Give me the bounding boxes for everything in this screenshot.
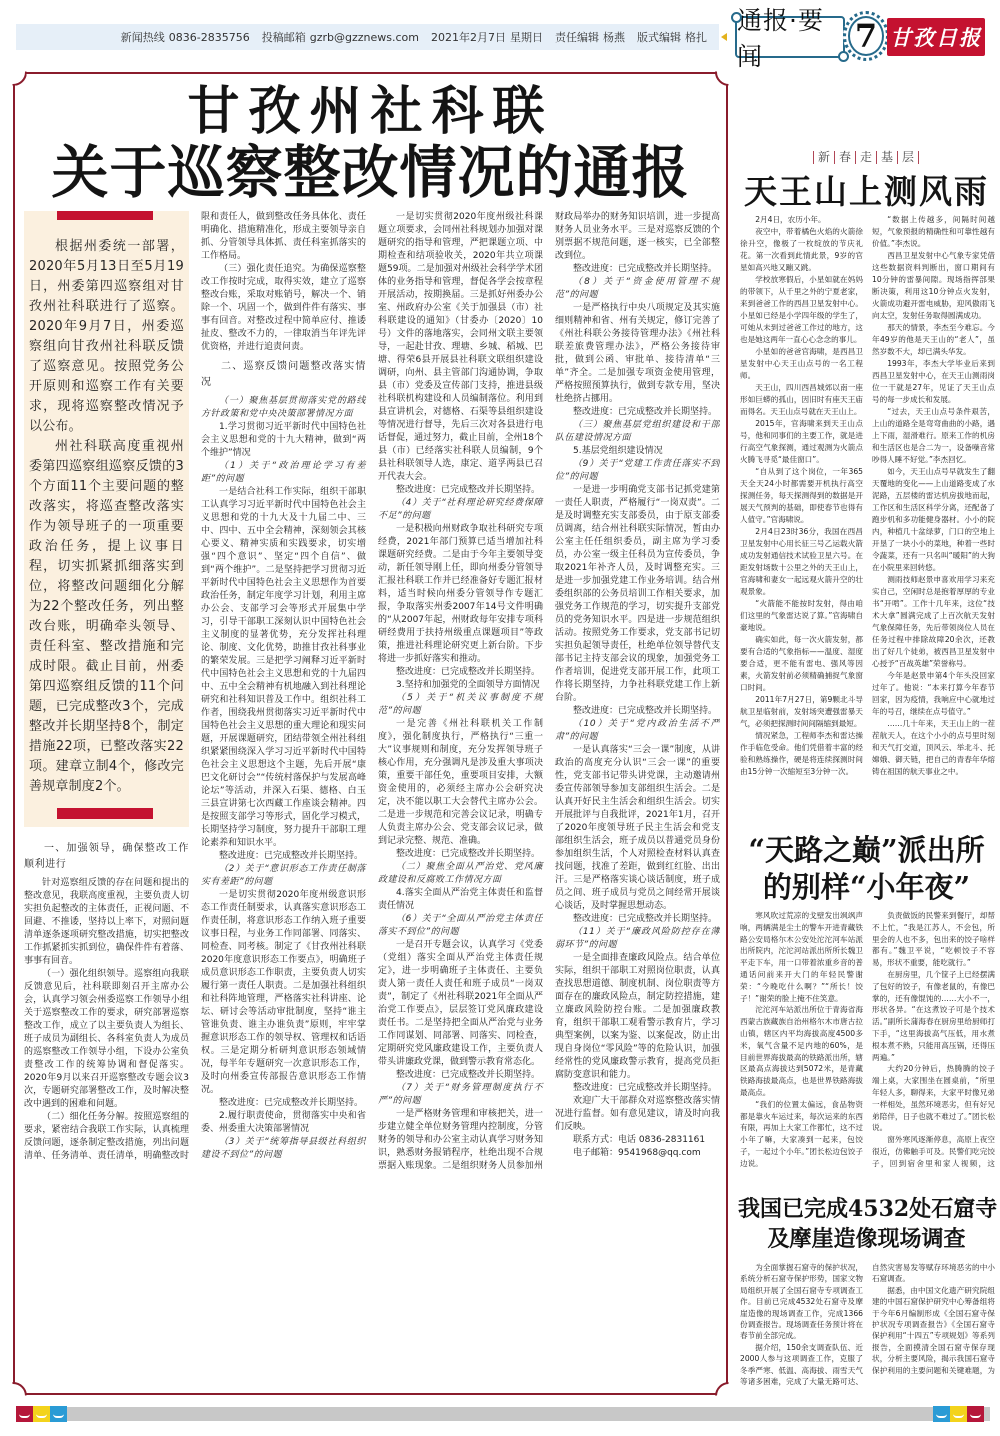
- issue-date: 2021年2月7日: [431, 29, 506, 45]
- sidebar-paragraph: 2月4日，农历小年。: [740, 214, 863, 226]
- sidebar-paragraph: 那天的情景，李杰至今难忘。今年49岁的他是天王山的“老人”，虽然岁数不大，却已满…: [872, 322, 995, 358]
- article-paragraph: （3）关于“统筹指导县级社科组织建设不到位”的问题: [201, 1136, 366, 1162]
- article-paragraph: （11）关于“廉政风险防控存在薄弱环节”的问题: [555, 926, 720, 952]
- article-paragraph: （一）聚焦基层贯彻落实党的路线方针政策和党中央决策部署情况方面: [201, 395, 366, 421]
- article-paragraph: 联系方式：电话 0836-2831161: [555, 1134, 720, 1147]
- article-paragraph: 一是召开专题会议，认真学习《党委（党组）落实全面从严治党主体责任规定》，进一步明…: [378, 939, 543, 1069]
- sidebar-paragraph: 沱沱河车站派出所位于青海省海西蒙古族藏族自治州格尔木市唐古拉山镇，辖区内平均海拔…: [740, 1004, 863, 1098]
- sidebar-paragraph: 负责做饭的民警来到餐厅，却帮不上忙，“我是江苏人，不会包，所里会的人也不多，包出…: [872, 910, 995, 969]
- article-paragraph: 2.履行职责使命，贯彻落实中央和省委、州委重大决策部署情况: [201, 1110, 366, 1136]
- article-paragraph: 一是进一步明确党支部书记抓党建第一责任人职责，严格履行“一岗双责”。二是及时调整…: [555, 484, 720, 705]
- sidebar-paragraph: 夜空中，带着橘色火焰的火箭徐徐升空，像极了一枚绽放的节庆礼花。第一次看到此情此景…: [740, 226, 863, 274]
- sidebar-paragraph: “过去，天王山点号条件艰苦，上山的道路全是弯弯曲曲的小路，遇上下雨，湿滑难行。原…: [872, 406, 995, 466]
- article-paragraph: 整改进度：已完成整改并长期坚持。: [555, 263, 720, 276]
- main-headline-line1: 甘孜州社科联: [13, 84, 728, 140]
- intro-text: 根据州委统一部署，2020年5月13日至5月19日，州委第四巡察组对甘孜州社科联…: [29, 237, 184, 797]
- sidebar-article-1-body: 2月4日，农历小年。夜空中，带着橘色火焰的火箭徐徐升空，像极了一枚绽放的节庆礼花…: [740, 214, 995, 808]
- article-paragraph: 1.学习贯彻习近平新时代中国特色社会主义思想和党的十九大精神，做到“两个维护”情…: [201, 421, 366, 460]
- article-paragraph: 一是结合社科工作实际，组织干部职工认真学习习近平新时代中国特色社会主义思想和党的…: [201, 486, 366, 850]
- frame-corner-ornament: [0, 58, 27, 86]
- article-paragraph: （三）强化责任追究。为确保巡察整改工作按时完成，取得实效，建立了巡察整改台账，采…: [201, 263, 366, 354]
- article-paragraph: （1）关于“政治理论学习有差距”的问题: [201, 460, 366, 486]
- hotline-number: 0836-2835756: [169, 31, 250, 44]
- article-paragraph: 整改进度：已完成整改并长期坚持。: [555, 406, 720, 419]
- column-tag: 新春走基层: [738, 150, 994, 164]
- section-label: 通报·要闻: [735, 16, 845, 58]
- sidebar-headline-2-line2: 的别样“小年夜”: [738, 869, 995, 906]
- sidebar-paragraph: “自从到了这个岗位，一年365天全天24小时都需要开机执行高空探测任务，每天探测…: [740, 466, 863, 526]
- column-tag-char: 层: [897, 151, 919, 164]
- sidebar-headline-3: 我国已完成4532处石窟寺 及摩崖造像现场调查: [738, 1194, 995, 1254]
- sidebar-paragraph: 大约20分钟后，热腾腾的饺子端上桌，大家围坐在圆桌前，“所里年轻人多，聊得来，大…: [872, 1063, 995, 1134]
- article-paragraph: （7）关于“财务管理制度执行不严”的问题: [378, 1082, 543, 1108]
- article-paragraph: 一是切实贯彻2020年度州级意识形态工作责任制要求，认真落实意识形态工作责任制，…: [201, 889, 366, 1097]
- article-paragraph: （三）聚焦基层党组织建设和干部队伍建设情况方面: [555, 419, 720, 445]
- issue-weekday: 星期日: [510, 29, 543, 45]
- column-tag-char: 春: [834, 151, 855, 164]
- sidebar-article-2-body: 寒风吹过荒凉的戈壁发出飒飒声响，两辆满是尘土的警车开进青藏铁路公安局格尔木公安处…: [740, 910, 995, 1192]
- sidebar-headline-3-line1: 我国已完成4532处石窟寺: [738, 1194, 995, 1224]
- footer-logo-block: [967, 1406, 984, 1422]
- sidebar-headline-2: “天路之巅”派出所 的别样“小年夜”: [738, 832, 995, 906]
- sidebar-paragraph: 今年是赵景申第4个年头没回家过年了。他说：“本来打算今年春节回家，因为疫情，我响…: [872, 670, 995, 718]
- column-tag-char: 基: [876, 151, 897, 164]
- intro-paragraph: 根据州委统一部署，2020年5月13日至5月19日，州委第四巡察组对甘孜州社科联…: [29, 237, 184, 437]
- chief-editor: 杨燕: [603, 29, 625, 45]
- intro-paragraph: 州社科联高度重视州委第四巡察组巡察反馈的3个方面11个主要问题的整改落实，将巡查…: [29, 437, 184, 797]
- footer-logo-block: [50, 1406, 67, 1422]
- article-paragraph: 整改进度：已完成整改并长期坚持。: [378, 666, 543, 679]
- sidebar-paragraph: 寒风吹过荒凉的戈壁发出飒飒声响，两辆满是尘土的警车开进青藏铁路公安局格尔木公安处…: [740, 910, 863, 1004]
- footer-logo-right: [933, 1406, 984, 1422]
- email-address: gzrb@gzznews.com: [310, 31, 419, 44]
- footer-bar: [16, 1407, 990, 1421]
- main-headline-line2: 关于巡察整改情况的通报: [13, 142, 728, 204]
- email-label: 投稿邮箱: [262, 29, 306, 45]
- sidebar-paragraph: 天王山，四川西昌城郊以南一座形如巨蟒的孤山，因旧时有座天王庙而得名。天王山点号就…: [740, 382, 863, 418]
- article-paragraph: 一是严格执行中央八项规定及其实施细则精神和省、州有关规定，修订完善了《州社科联公…: [555, 302, 720, 406]
- sidebar-paragraph: 1993年，李杰大学毕业后来到西昌卫星发射中心，在天王山测雨岗位一干就是27年，…: [872, 358, 995, 406]
- main-article-body: 根据州委统一部署，2020年5月13日至5月19日，州委第四巡察组对甘孜州社科联…: [24, 211, 720, 1391]
- header-info-band: 新闻热线 0836-2835756 投稿邮箱 gzrb@gzznews.com …: [16, 24, 719, 50]
- footer-logo-block: [950, 1406, 967, 1422]
- layout-editor: 格扎: [685, 29, 707, 45]
- article-paragraph: （二）聚焦全面从严治党、党风廉政建设和反腐败工作情况方面: [378, 861, 543, 887]
- article-paragraph: 针对巡察组反馈的存在问题和提出的整改意见，我联高度重视，主要负责人切实担负起整改…: [24, 877, 189, 968]
- hotline-label: 新闻热线: [121, 29, 165, 45]
- article-paragraph: 电子邮箱：9541968@qq.com: [555, 1147, 720, 1160]
- sidebar-headline-3-line2: 及摩崖造像现场调查: [738, 1224, 995, 1254]
- article-paragraph: （8）关于“资金使用管理不规范”的问题: [555, 276, 720, 302]
- chief-editor-label: 责任编辑: [555, 29, 599, 45]
- sidebar-paragraph: “火箭能不能按时发射，得由咱们这里的气象雷达说了算。”官海啸自豪地说。: [740, 598, 863, 634]
- sidebar-paragraph: 2015年，官海啸来到天王山点号，他和同事们的主要工作，就是进行高空气象探测，通…: [740, 418, 863, 466]
- article-paragraph: 整改进度：已完成整改并长期坚持。: [201, 1097, 366, 1110]
- article-paragraph: 一是认真落实“三会一课”制度，从讲政治的高度充分认识“三会一课”的重要性，党支部…: [555, 744, 720, 913]
- sidebar-paragraph: 为全面掌握石窟寺的保护状况，系统分析石窟寺保护形势，国家文物局组织开展了全国石窟…: [740, 1262, 863, 1342]
- sidebar-paragraph: 2月4日23时36分，我国在西昌卫星发射中心用长征三号乙运载火箭成功发射通信技术…: [740, 526, 863, 598]
- footer-logo-block: [933, 1406, 950, 1422]
- article-paragraph: 3.坚持和加强党的全面领导方面情况: [378, 679, 543, 692]
- article-paragraph: 整改进度：已完成整改并长期坚持。: [555, 705, 720, 718]
- sidebar-paragraph: 如今，天王山点号早就发生了翻天覆地的变化——上山道路变成了水泥路，五层楼的雷达机…: [872, 466, 995, 574]
- article-paragraph: 5.基层党组织建设情况: [555, 445, 720, 458]
- article-paragraph: （5）关于“机关议事制度不规范”的问题: [378, 692, 543, 718]
- sidebar-paragraph: 西昌卫星发射中心气象专家凭借这些数据资料判断出，窗口期间有10分钟的雷暴间隙。现…: [872, 250, 995, 322]
- article-paragraph: （9）关于“党建工作责任落实不到位”的问题: [555, 458, 720, 484]
- triangle-marker-icon: [721, 33, 727, 41]
- sidebar-headline-2-line1: “天路之巅”派出所: [738, 832, 995, 869]
- page-number: 7: [848, 16, 884, 56]
- sidebar-paragraph: “我们的位置太偏远，食品物资都是靠火车运过来，每次运来的东西有限，再加上大家工作…: [740, 1099, 863, 1170]
- article-paragraph: 欢迎广大干部群众对巡察整改落实情况进行监督。如有意见建议，请及时向我们反映。: [555, 1095, 720, 1134]
- article-paragraph: 一、加强领导，确保整改工作顺利进行: [24, 841, 189, 873]
- column-tag-char: 走: [855, 151, 876, 164]
- intro-bottom-bar: [57, 808, 153, 819]
- footer-logo-block: [16, 1406, 33, 1422]
- article-paragraph: 整改进度：已完成整改并长期坚持。: [378, 484, 543, 497]
- sidebar-paragraph: 2011年7月27日，第9颗北斗导航卫星临射前，发射场突遭强雷暴天气，必须把探测…: [740, 694, 863, 730]
- article-paragraph: 整改进度：已完成整改并长期坚持。: [378, 1069, 543, 1082]
- intro-top-bar: [57, 211, 153, 220]
- article-paragraph: 二、巡察反馈问题整改落实情况: [201, 359, 366, 391]
- sidebar-paragraph: “数据上传越多，间隔时间越短，气象预报的精确性和可靠性越有价值。”李杰说。: [872, 214, 995, 250]
- sidebar-paragraph: 测雨技师赵景申喜欢用学习来充实自己，空闲时总是抱着厚厚的专业书“开啃”。工作十几…: [872, 574, 995, 670]
- article-paragraph: 整改进度：已完成整改并长期坚持。: [201, 850, 366, 863]
- sidebar-paragraph: 情况紧急，工程师李杰和雷达操作手临危受命。他们凭借着丰富的经验和熟练操作，硬是将…: [740, 730, 863, 778]
- article-paragraph: 整改进度：已完成整改并长期坚持。: [555, 913, 720, 926]
- article-paragraph: 一是完善《州社科联机关工作制度》，强化制度执行，严格执行“三重一大”议事规则和制…: [378, 718, 543, 848]
- sidebar-paragraph: ……几十年来，天王山上的一茬茬航天人，在这个小小的点号里时刻和天气打交道，顶风云…: [872, 718, 995, 778]
- article-paragraph: （一）强化组织领导。巡察组向我联反馈意见后，社科联即刻召开主席办公会，认真学习领…: [24, 968, 189, 1111]
- article-paragraph: 一是积极向州财政争取社科研究专项经费，2021年部门预算已适当增加社科课题研究经…: [378, 523, 543, 666]
- article-paragraph: （2）关于“意识形态工作责任制落实有差距”的问题: [201, 863, 366, 889]
- page-number-badge: 7: [843, 11, 889, 61]
- article-paragraph: （10）关于“党内政治生活不严肃”的问题: [555, 718, 720, 744]
- sidebar-headline-1: 天王山上测风雨: [738, 172, 995, 212]
- article-paragraph: 一是全面排查廉政风险点。结合单位实际，组织干部职工对照岗位职责，认真查找思想道德…: [555, 952, 720, 1082]
- sidebar-paragraph: 确实如此，每一次火箭发射，都要有合适的气象指标——温度、湿度要合适，更不能有雷电…: [740, 634, 863, 694]
- layout-editor-label: 版式编辑: [637, 29, 681, 45]
- intro-box: 根据州委统一部署，2020年5月13日至5月19日，州委第四巡察组对甘孜州社科联…: [24, 211, 189, 827]
- article-paragraph: （4）关于“社科理论研究经费保障不足”的问题: [378, 497, 543, 523]
- sidebar-article-3-body: 为全面掌握石窟寺的保护状况，系统分析石窟寺保护形势，国家文物局组织开展了全国石窟…: [740, 1262, 995, 1396]
- column-tag-char: 新: [813, 151, 834, 164]
- article-paragraph: 4.落实全面从严治党主体责任和监督责任情况: [378, 887, 543, 913]
- sidebar-article-3-text: 为全面掌握石窟寺的保护状况，系统分析石窟寺保护形势，国家文物局组织开展了全国石窟…: [740, 1262, 995, 1396]
- article-paragraph: （6）关于“全面从严治党主体责任落实不到位”的问题: [378, 913, 543, 939]
- article-paragraph: 整改进度：已完成整改并长期坚持。: [555, 1082, 720, 1095]
- sidebar-paragraph: 小星如的爸爸官海啸，是西昌卫星发射中心天王山点号的一名工程师。: [740, 346, 863, 382]
- footer-logo-left: [16, 1406, 67, 1422]
- newspaper-masthead: 甘孜日报: [887, 18, 985, 56]
- article-paragraph: 一是切实贯彻2020年度州级社科课题立项要求，会同州社科规划办加强对课题研究的指…: [378, 211, 543, 484]
- sidebar-paragraph: 在厨房里，几个筐子上已经摆满了包好的饺子，有像老鼠的，有像巴掌的，还有像馄饨的……: [872, 969, 995, 1063]
- sidebar-paragraph: 学校放寒假后，小星如就在妈妈的带领下，从千里之外的宁夏老家，来到爸爸工作的西昌卫…: [740, 274, 863, 346]
- article-paragraph: 整改进度：已完成整改并长期坚持。: [378, 848, 543, 861]
- footer-logo-block: [33, 1406, 50, 1422]
